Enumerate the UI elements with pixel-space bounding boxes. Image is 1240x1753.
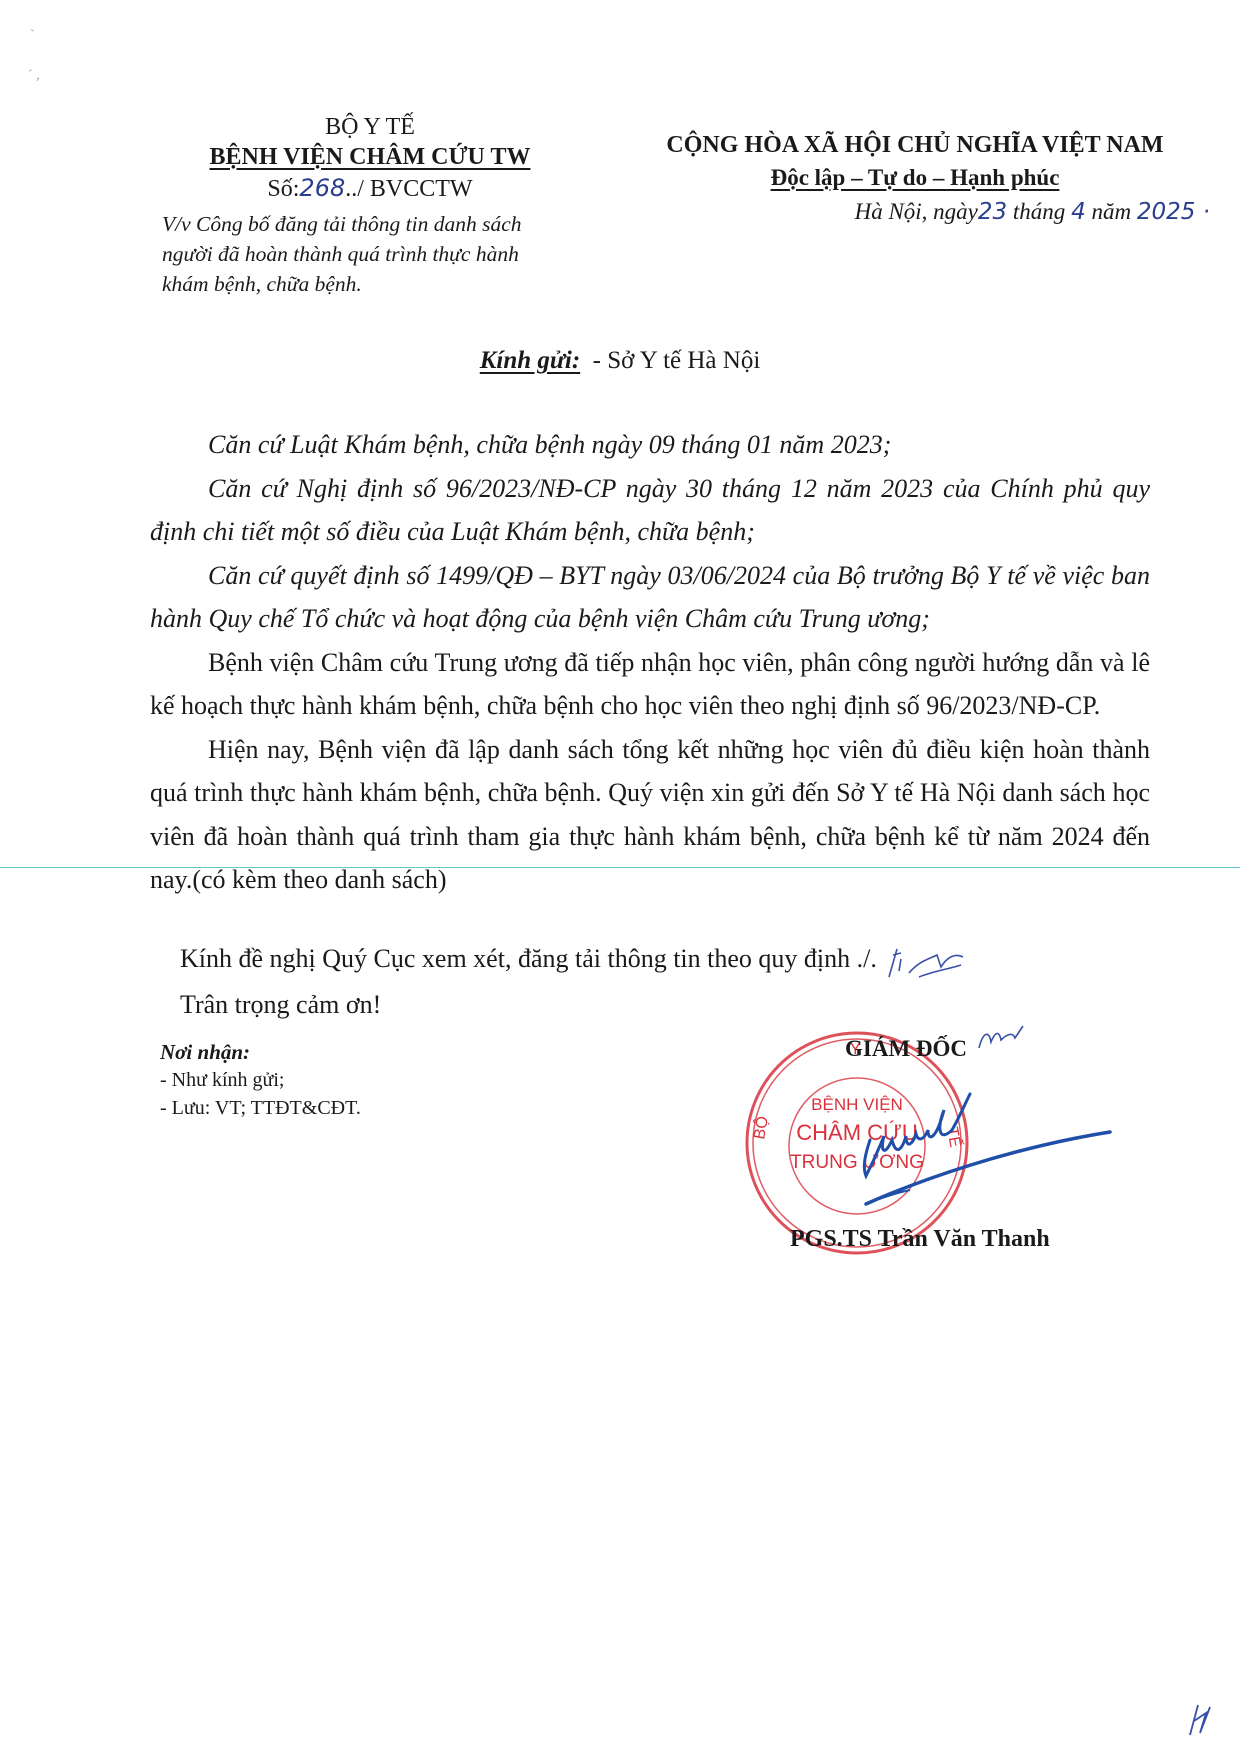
handwritten-number: 268 (299, 174, 345, 202)
organization-name: BỆNH VIỆN CHÂM CỨU TW (150, 142, 590, 172)
recipient-label: Kính gửi: (480, 347, 580, 374)
approval-initials-icon (973, 1022, 1033, 1056)
document-subject: V/v Công bố đăng tải thông tin danh sách… (150, 209, 590, 299)
recipient-value: - Sở Y tế Hà Nội (593, 347, 761, 374)
recipients-title: Nơi nhận: (160, 1038, 361, 1066)
handwritten-day: 23 (978, 199, 1007, 225)
recipient-line: Kính gửi: - Sở Y tế Hà Nội (0, 347, 1240, 375)
recipients-block: Nơi nhận: - Như kính gửi; - Lưu: VT; TTĐ… (160, 1038, 361, 1122)
document-number: Số:268../ BVCCTW (150, 172, 590, 205)
national-header: CỘNG HÒA XÃ HỘI CHỦ NGHĨA VIỆT NAM Độc l… (610, 128, 1220, 230)
director-signature-icon (840, 1080, 1120, 1210)
handwritten-month: 4 (1071, 199, 1086, 225)
scan-mark: ˊ , (28, 68, 40, 84)
recipients-item: - Như kính gửi; (160, 1066, 361, 1094)
body-paragraph-2: Hiện nay, Bệnh viện đã lập danh sách tổn… (150, 728, 1150, 902)
legal-basis-3: Căn cứ quyết định số 1499/QĐ – BYT ngày … (150, 554, 1150, 641)
legal-basis-1: Căn cứ Luật Khám bệnh, chữa bệnh ngày 09… (150, 423, 1150, 467)
country-name: CỘNG HÒA XÃ HỘI CHỦ NGHĨA VIỆT NAM (610, 128, 1220, 162)
thanks-line: Trân trọng cảm ơn! (180, 983, 381, 1026)
initials-signature-icon (879, 941, 969, 981)
ministry-name: BỘ Y TẾ (150, 112, 590, 142)
scan-mark: ˋ (30, 28, 35, 44)
recipients-item: - Lưu: VT; TTĐT&CĐT. (160, 1094, 361, 1122)
request-line: Kính đề nghị Quý Cục xem xét, đăng tải t… (180, 937, 969, 981)
issuer-block: BỘ Y TẾ BỆNH VIỆN CHÂM CỨU TW Số:268../ … (150, 112, 590, 299)
signature-title: GIÁM ĐỐC (845, 1036, 1033, 1062)
handwritten-year: 2025 (1137, 199, 1196, 225)
document-body: Căn cứ Luật Khám bệnh, chữa bệnh ngày 09… (150, 423, 1150, 902)
document-date: Hà Nội, ngày23 tháng 4 năm 2025 · (610, 194, 1220, 230)
national-motto: Độc lập – Tự do – Hạnh phúc (610, 162, 1220, 194)
signer-name: PGS.TS Trần Văn Thanh (790, 1226, 1050, 1253)
legal-basis-2: Căn cứ Nghị định số 96/2023/NĐ-CP ngày 3… (150, 467, 1150, 554)
page-initial-icon (1180, 1695, 1220, 1745)
body-paragraph-1: Bệnh viện Châm cứu Trung ương đã tiếp nh… (150, 641, 1150, 728)
svg-text:BỘ: BỘ (749, 1115, 772, 1141)
